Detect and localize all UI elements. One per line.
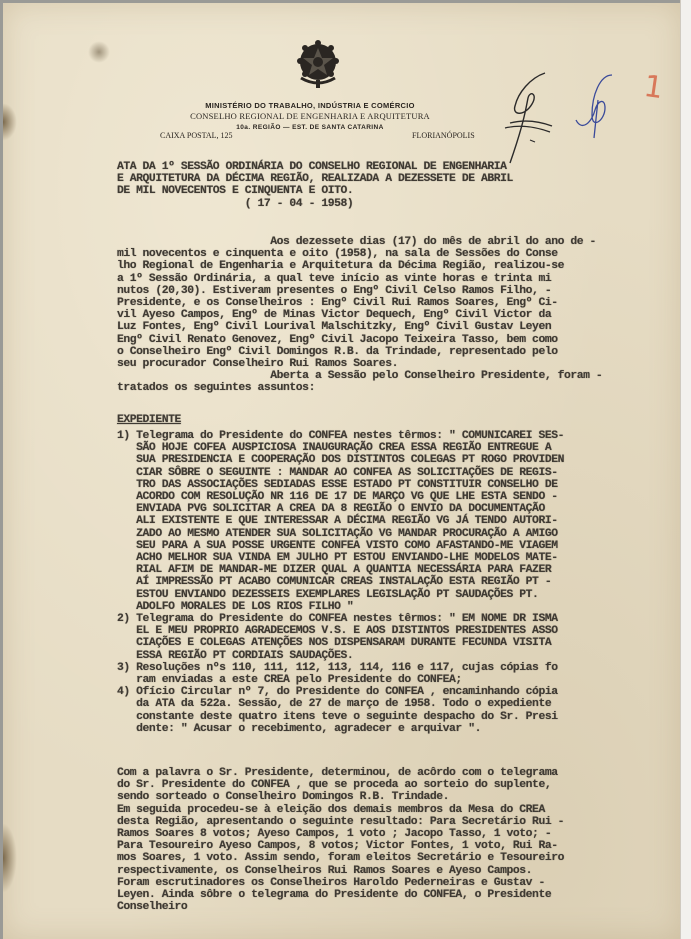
stain-mark	[88, 41, 110, 63]
ministry-name: MINISTÉRIO DO TRABALHO, INDÚSTRIA E COMÉ…	[150, 100, 470, 111]
punch-hole-bottom	[3, 823, 17, 893]
closing-paragraph: Com a palavra o Sr. Presidente, determin…	[117, 767, 564, 913]
opening-paragraph: Aos dezessete dias (17) do mês de abril …	[117, 236, 602, 395]
punch-hole-top	[3, 103, 17, 141]
letterhead: MINISTÉRIO DO TRABALHO, INDÚSTRIA E COMÉ…	[150, 100, 470, 133]
signature-blue	[570, 70, 620, 150]
document-title: ATA DA 1º SESSÃO ORDINÁRIA DO CONSELHO R…	[117, 161, 513, 210]
coat-of-arms-icon	[293, 40, 343, 90]
section-heading-expediente: EXPEDIENTE	[117, 414, 181, 426]
signature-black	[500, 68, 560, 168]
po-box: CAIXA POSTAL, 125	[160, 131, 232, 140]
expediente-items: 1) Telegrama do Presidente do CONFEA nes…	[117, 430, 564, 735]
council-name: CONSELHO REGIONAL DE ENGENHARIA E ARQUIT…	[150, 111, 470, 122]
page-edge	[680, 0, 691, 939]
city: FLORIANÓPOLIS	[412, 131, 475, 140]
